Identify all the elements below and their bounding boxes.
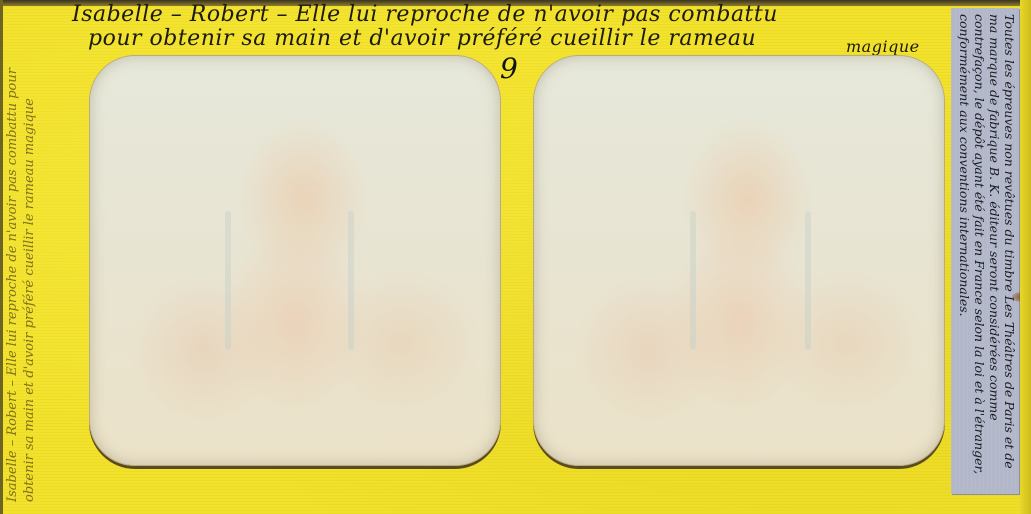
publisher-label-text: Toutes les épreuves non revêtues du timb… [957, 14, 1017, 488]
card-left-edge [0, 0, 3, 514]
faded-pillar-detail [225, 211, 231, 350]
card-number: 9 [500, 52, 518, 85]
caption-line-2: pour obtenir sa main et d'avoir préféré … [88, 26, 756, 51]
caption-line-3: magique [846, 37, 920, 56]
stereo-photo-right [533, 55, 945, 466]
faded-pillar-detail [805, 211, 811, 350]
caption-line-1: Isabelle – Robert – Elle lui reproche de… [72, 2, 778, 27]
faded-pillar-detail [690, 211, 696, 350]
card-right-edge [1020, 0, 1031, 514]
side-handwritten-note: Isabelle – Robert – Elle lui reproche de… [4, 32, 38, 502]
stereo-photo-left [89, 55, 501, 466]
publisher-label: Toutes les épreuves non revêtues du timb… [951, 8, 1019, 494]
stereoview-card: Isabelle – Robert – Elle lui reproche de… [0, 0, 1031, 514]
faded-pillar-detail [348, 211, 354, 350]
